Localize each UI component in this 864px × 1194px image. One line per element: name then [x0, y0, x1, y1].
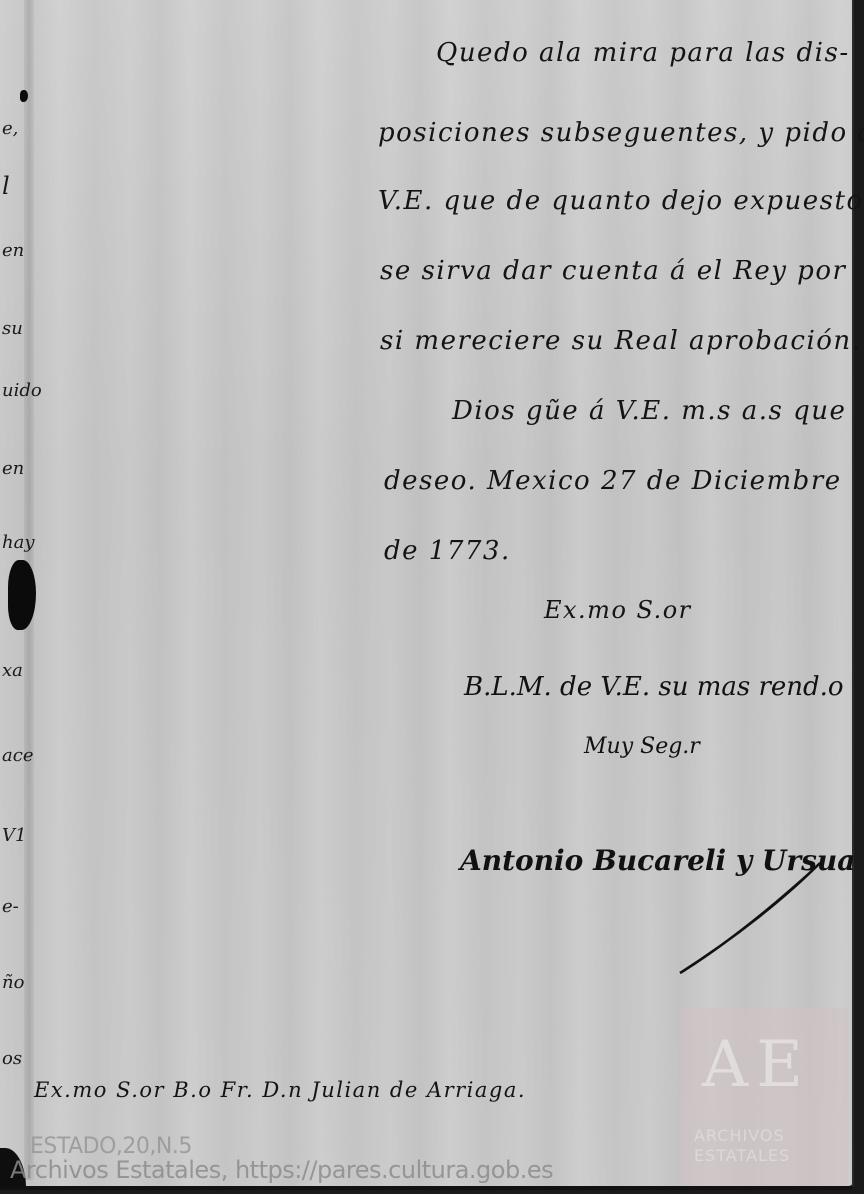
signature-flourish: [675, 858, 825, 978]
body-line: se sirva dar cuenta á el Rey por: [380, 256, 846, 286]
margin-fragment: su: [2, 318, 23, 339]
margin-fragment: hay: [2, 532, 35, 553]
logo-text: ARCHIVOS ESTATALES: [694, 1126, 844, 1166]
body-line: posiciones subseguentes, y pido á: [378, 118, 864, 148]
logo-letters: AE: [702, 1028, 811, 1102]
margin-fragment: ace: [2, 745, 33, 766]
margin-fragment: uido: [2, 380, 42, 401]
closing-salutation: Ex.mo S.or: [544, 596, 692, 624]
body-line: si mereciere su Real aprobación.: [380, 326, 861, 356]
margin-fragment: ño: [2, 972, 24, 993]
margin-fragment: os: [2, 1048, 22, 1069]
margin-fragment: e-: [2, 896, 19, 917]
archive-source-url: Archivos Estatales, https://pares.cultur…: [10, 1156, 553, 1184]
archive-logo-watermark: AE ARCHIVOS ESTATALES: [680, 1008, 848, 1186]
signature-line: Muy Seg.r: [584, 734, 700, 759]
margin-fragment: xa: [2, 660, 23, 681]
margin-fragment: e,: [2, 118, 18, 139]
signature-line: B.L.M. de V.E. su mas rend.o: [464, 672, 844, 702]
margin-fragment: l: [2, 172, 10, 200]
body-line: deseo. Mexico 27 de Diciembre: [384, 466, 842, 496]
addressee-line: Ex.mo S.or B.o Fr. D.n Julian de Arriaga…: [34, 1078, 526, 1102]
body-line: V.E. que de quanto dejo expuesto: [378, 186, 864, 216]
margin-fragment: V1: [2, 825, 26, 846]
margin-fragment: en: [2, 240, 24, 261]
body-line: Quedo ala mira para las dis-: [436, 38, 850, 68]
body-line: de 1773.: [384, 536, 511, 566]
manuscript-page: e, l en su uido en hay xa ace V1 e- ño o…: [0, 0, 854, 1190]
body-line: Dios gũe á V.E. m.s a.s que: [452, 396, 846, 426]
margin-fragment: en: [2, 458, 24, 479]
